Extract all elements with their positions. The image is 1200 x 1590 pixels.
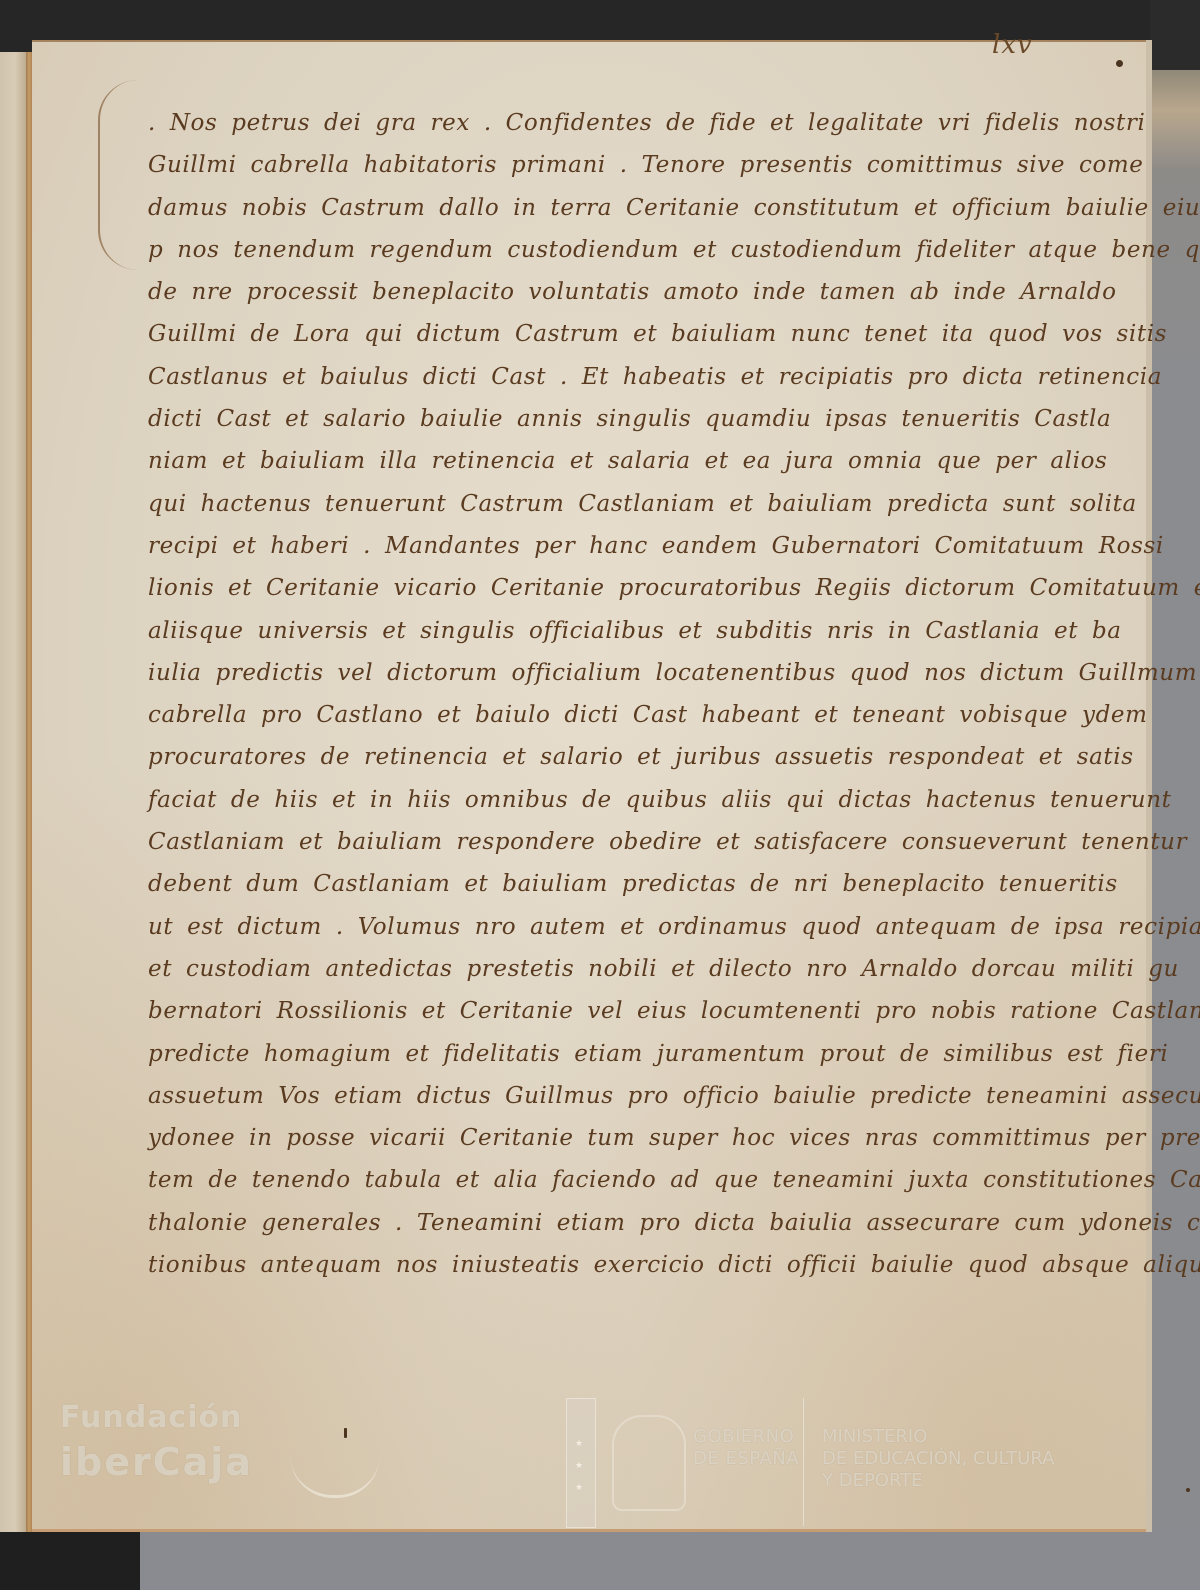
text-line: faciat de hiis et in hiis omnibus de qui… bbox=[148, 779, 1138, 821]
watermark-educacion-cultura: DE EDUCACIÓN, CULTURA bbox=[822, 1448, 1054, 1469]
watermark-divider bbox=[803, 1398, 804, 1526]
star-icon: ★ bbox=[575, 1439, 583, 1449]
text-line: tem de tenendo tabula et alia faciendo a… bbox=[148, 1159, 1138, 1201]
text-line: damus nobis Castrum dallo in terra Cerit… bbox=[148, 187, 1138, 229]
ink-spot bbox=[1186, 1488, 1190, 1492]
text-line: thalonie generales . Teneamini etiam pro… bbox=[148, 1202, 1138, 1244]
spain-flag-bar-icon: ★ ★ ★ bbox=[566, 1398, 596, 1528]
text-line: Guillmi cabrella habitatoris primani . T… bbox=[148, 144, 1138, 186]
text-line: predicte homagium et fidelitatis etiam j… bbox=[148, 1033, 1138, 1075]
ink-mark bbox=[344, 1428, 347, 1438]
star-icon: ★ bbox=[575, 1483, 583, 1493]
manuscript-text: . Nos petrus dei gra rex . Confidentes d… bbox=[148, 102, 1138, 1286]
text-line: de nre processit beneplacito voluntatis … bbox=[148, 271, 1138, 313]
text-line: Guillmi de Lora qui dictum Castrum et ba… bbox=[148, 313, 1138, 355]
text-line: Castlaniam et baiuliam respondere obedir… bbox=[148, 821, 1138, 863]
text-line: iulia predictis vel dictorum officialium… bbox=[148, 652, 1138, 694]
text-line: . Nos petrus dei gra rex . Confidentes d… bbox=[148, 102, 1138, 144]
coat-of-arms-icon bbox=[612, 1415, 686, 1511]
text-line: assuetum Vos etiam dictus Guillmus pro o… bbox=[148, 1075, 1138, 1117]
text-line: qui hactenus tenuerunt Castrum Castlania… bbox=[148, 483, 1138, 525]
star-icon: ★ bbox=[575, 1461, 583, 1471]
watermark-gobierno: GOBIERNO bbox=[693, 1426, 794, 1447]
grey-background-bottom bbox=[140, 1530, 1200, 1590]
text-line: dicti Cast et salario baiulie annis sing… bbox=[148, 398, 1138, 440]
text-line: ydonee in posse vicarii Ceritanie tum su… bbox=[148, 1117, 1138, 1159]
text-line: Castlanus et baiulus dicti Cast . Et hab… bbox=[148, 356, 1138, 398]
text-line: lionis et Ceritanie vicario Ceritanie pr… bbox=[148, 567, 1138, 609]
text-line: et custodiam antedictas prestetis nobili… bbox=[148, 948, 1138, 990]
text-line: procuratores de retinencia et salario et… bbox=[148, 736, 1138, 778]
dark-cover-corner bbox=[0, 1526, 140, 1590]
watermark-deporte: Y DEPORTE bbox=[822, 1470, 923, 1491]
text-line: niam et baiuliam illa retinencia et sala… bbox=[148, 440, 1138, 482]
text-line: aliisque universis et singulis officiali… bbox=[148, 610, 1138, 652]
text-line: tionibus antequam nos iniusteatis exerci… bbox=[148, 1244, 1138, 1286]
watermark-ministerio: MINISTERIO bbox=[822, 1426, 927, 1447]
text-line: ut est dictum . Volumus nro autem et ord… bbox=[148, 906, 1138, 948]
manuscript-scan: lxv . Nos petrus dei gra rex . Confident… bbox=[0, 0, 1200, 1590]
watermark-ibercaja: iberCaja bbox=[60, 1440, 253, 1484]
folio-number: lxv bbox=[992, 30, 1033, 60]
text-line: bernatori Rossilionis et Ceritanie vel e… bbox=[148, 990, 1138, 1032]
ink-spot bbox=[1116, 60, 1123, 67]
text-line: cabrella pro Castlano et baiulo dicti Ca… bbox=[148, 694, 1138, 736]
text-line: debent dum Castlaniam et baiuliam predic… bbox=[148, 863, 1138, 905]
watermark-fundacion: Fundación bbox=[60, 1400, 242, 1435]
text-line: recipi et haberi . Mandantes per hanc ea… bbox=[148, 525, 1138, 567]
page-edge bbox=[1146, 40, 1152, 1532]
margin-bracket-flourish bbox=[98, 80, 140, 270]
watermark-de-espana: DE ESPAÑA bbox=[693, 1448, 799, 1469]
text-line: p nos tenendum regendum custodiendum et … bbox=[148, 229, 1138, 271]
